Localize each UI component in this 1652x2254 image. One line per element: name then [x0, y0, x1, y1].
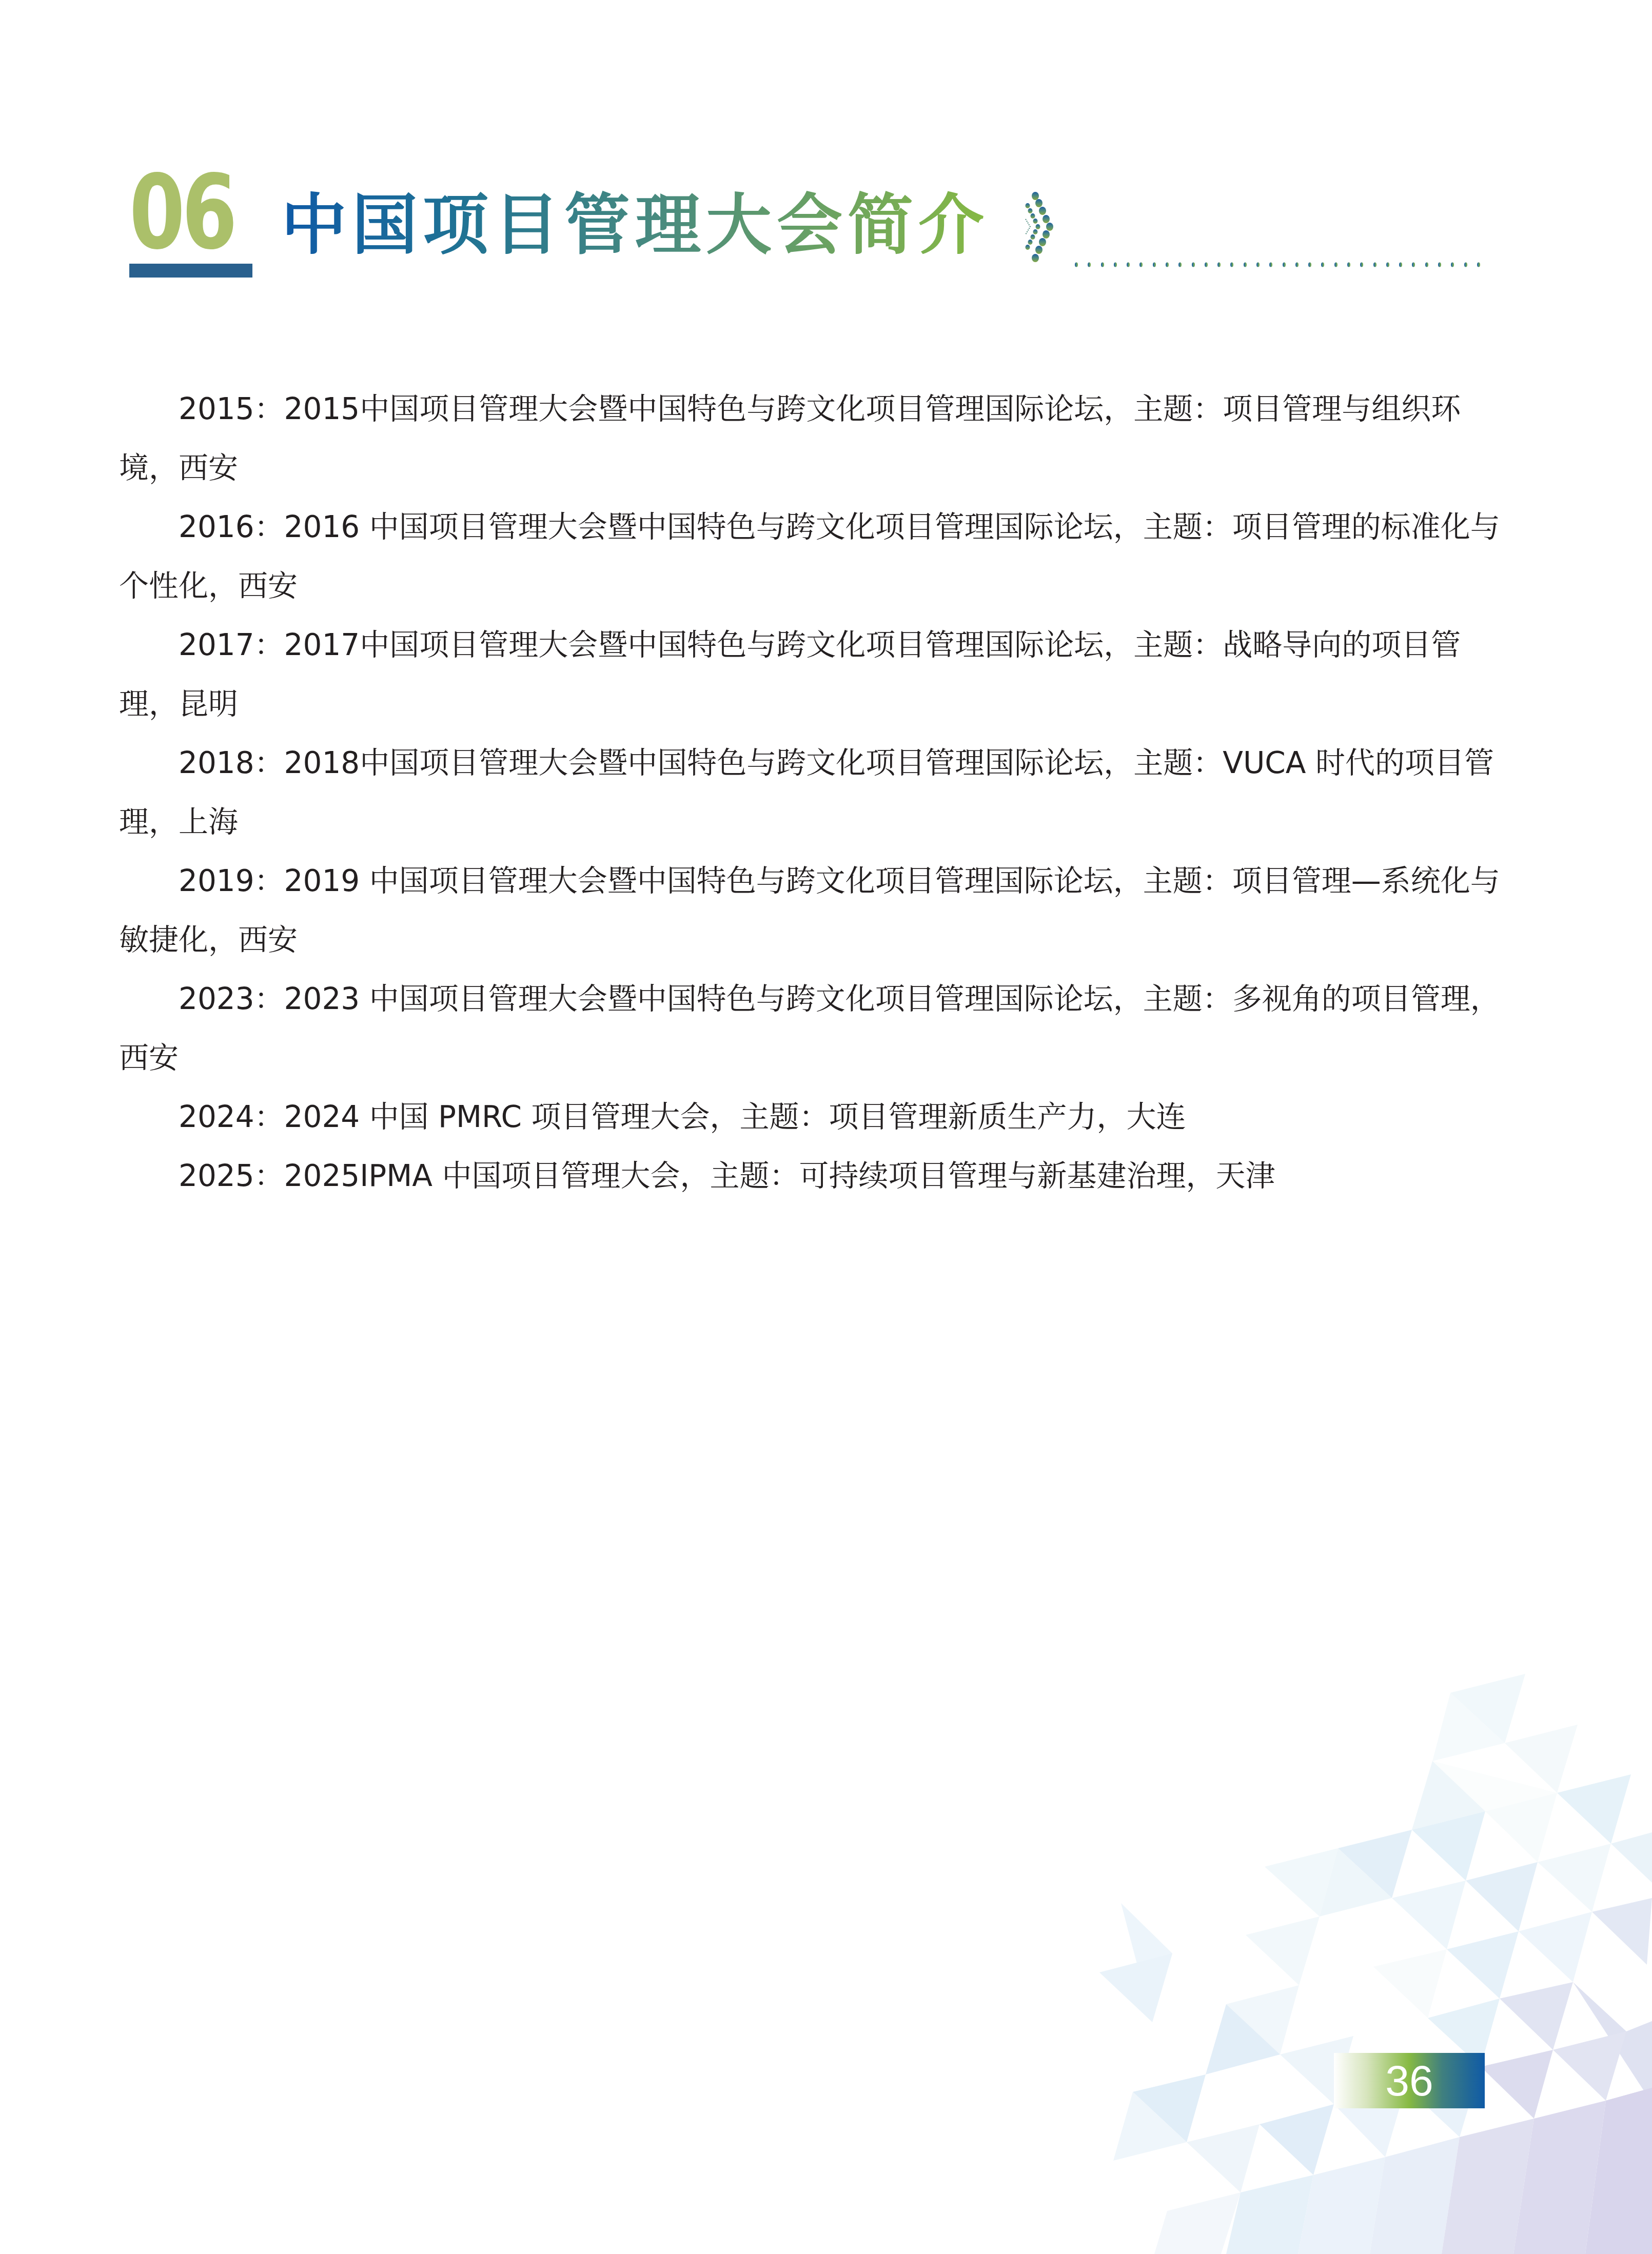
page-title: 中国项目管理大会简介 — [281, 187, 989, 264]
triangle-pattern-decoration — [1077, 1642, 1652, 2254]
entry-2017: 2017：2017中国项目管理大会暨中国特色与跨文化项目管理国际论坛，主题：战略… — [119, 616, 1515, 734]
entry-2019: 2019：2019 中国项目管理大会暨中国特色与跨文化项目管理国际论坛，主题：项… — [119, 852, 1515, 970]
entry-2024: 2024：2024 中国 PMRC 项目管理大会，主题：项目管理新质生产力，大连 — [119, 1088, 1515, 1146]
entry-2016: 2016：2016 中国项目管理大会暨中国特色与跨文化项目管理国际论坛，主题：项… — [119, 498, 1515, 616]
entry-2025: 2025：2025IPMA 中国项目管理大会，主题：可持续项目管理与新基建治理，… — [119, 1146, 1515, 1205]
section-number: 06 — [129, 169, 225, 256]
dotted-chevron-icon — [1016, 187, 1077, 264]
entry-2023: 2023：2023 中国项目管理大会暨中国特色与跨文化项目管理国际论坛，主题：多… — [119, 970, 1515, 1088]
conference-history-list: 2015：2015中国项目管理大会暨中国特色与跨文化项目管理国际论坛，主题：项目… — [119, 380, 1515, 1205]
dotted-divider — [1075, 262, 1485, 268]
section-number-badge: 06 — [129, 169, 252, 272]
entry-2015: 2015：2015中国项目管理大会暨中国特色与跨文化项目管理国际论坛，主题：项目… — [119, 380, 1515, 498]
section-number-underline — [129, 264, 252, 278]
entry-2018: 2018：2018中国项目管理大会暨中国特色与跨文化项目管理国际论坛，主题：VU… — [119, 734, 1515, 852]
page-number: 36 — [1334, 2053, 1485, 2108]
